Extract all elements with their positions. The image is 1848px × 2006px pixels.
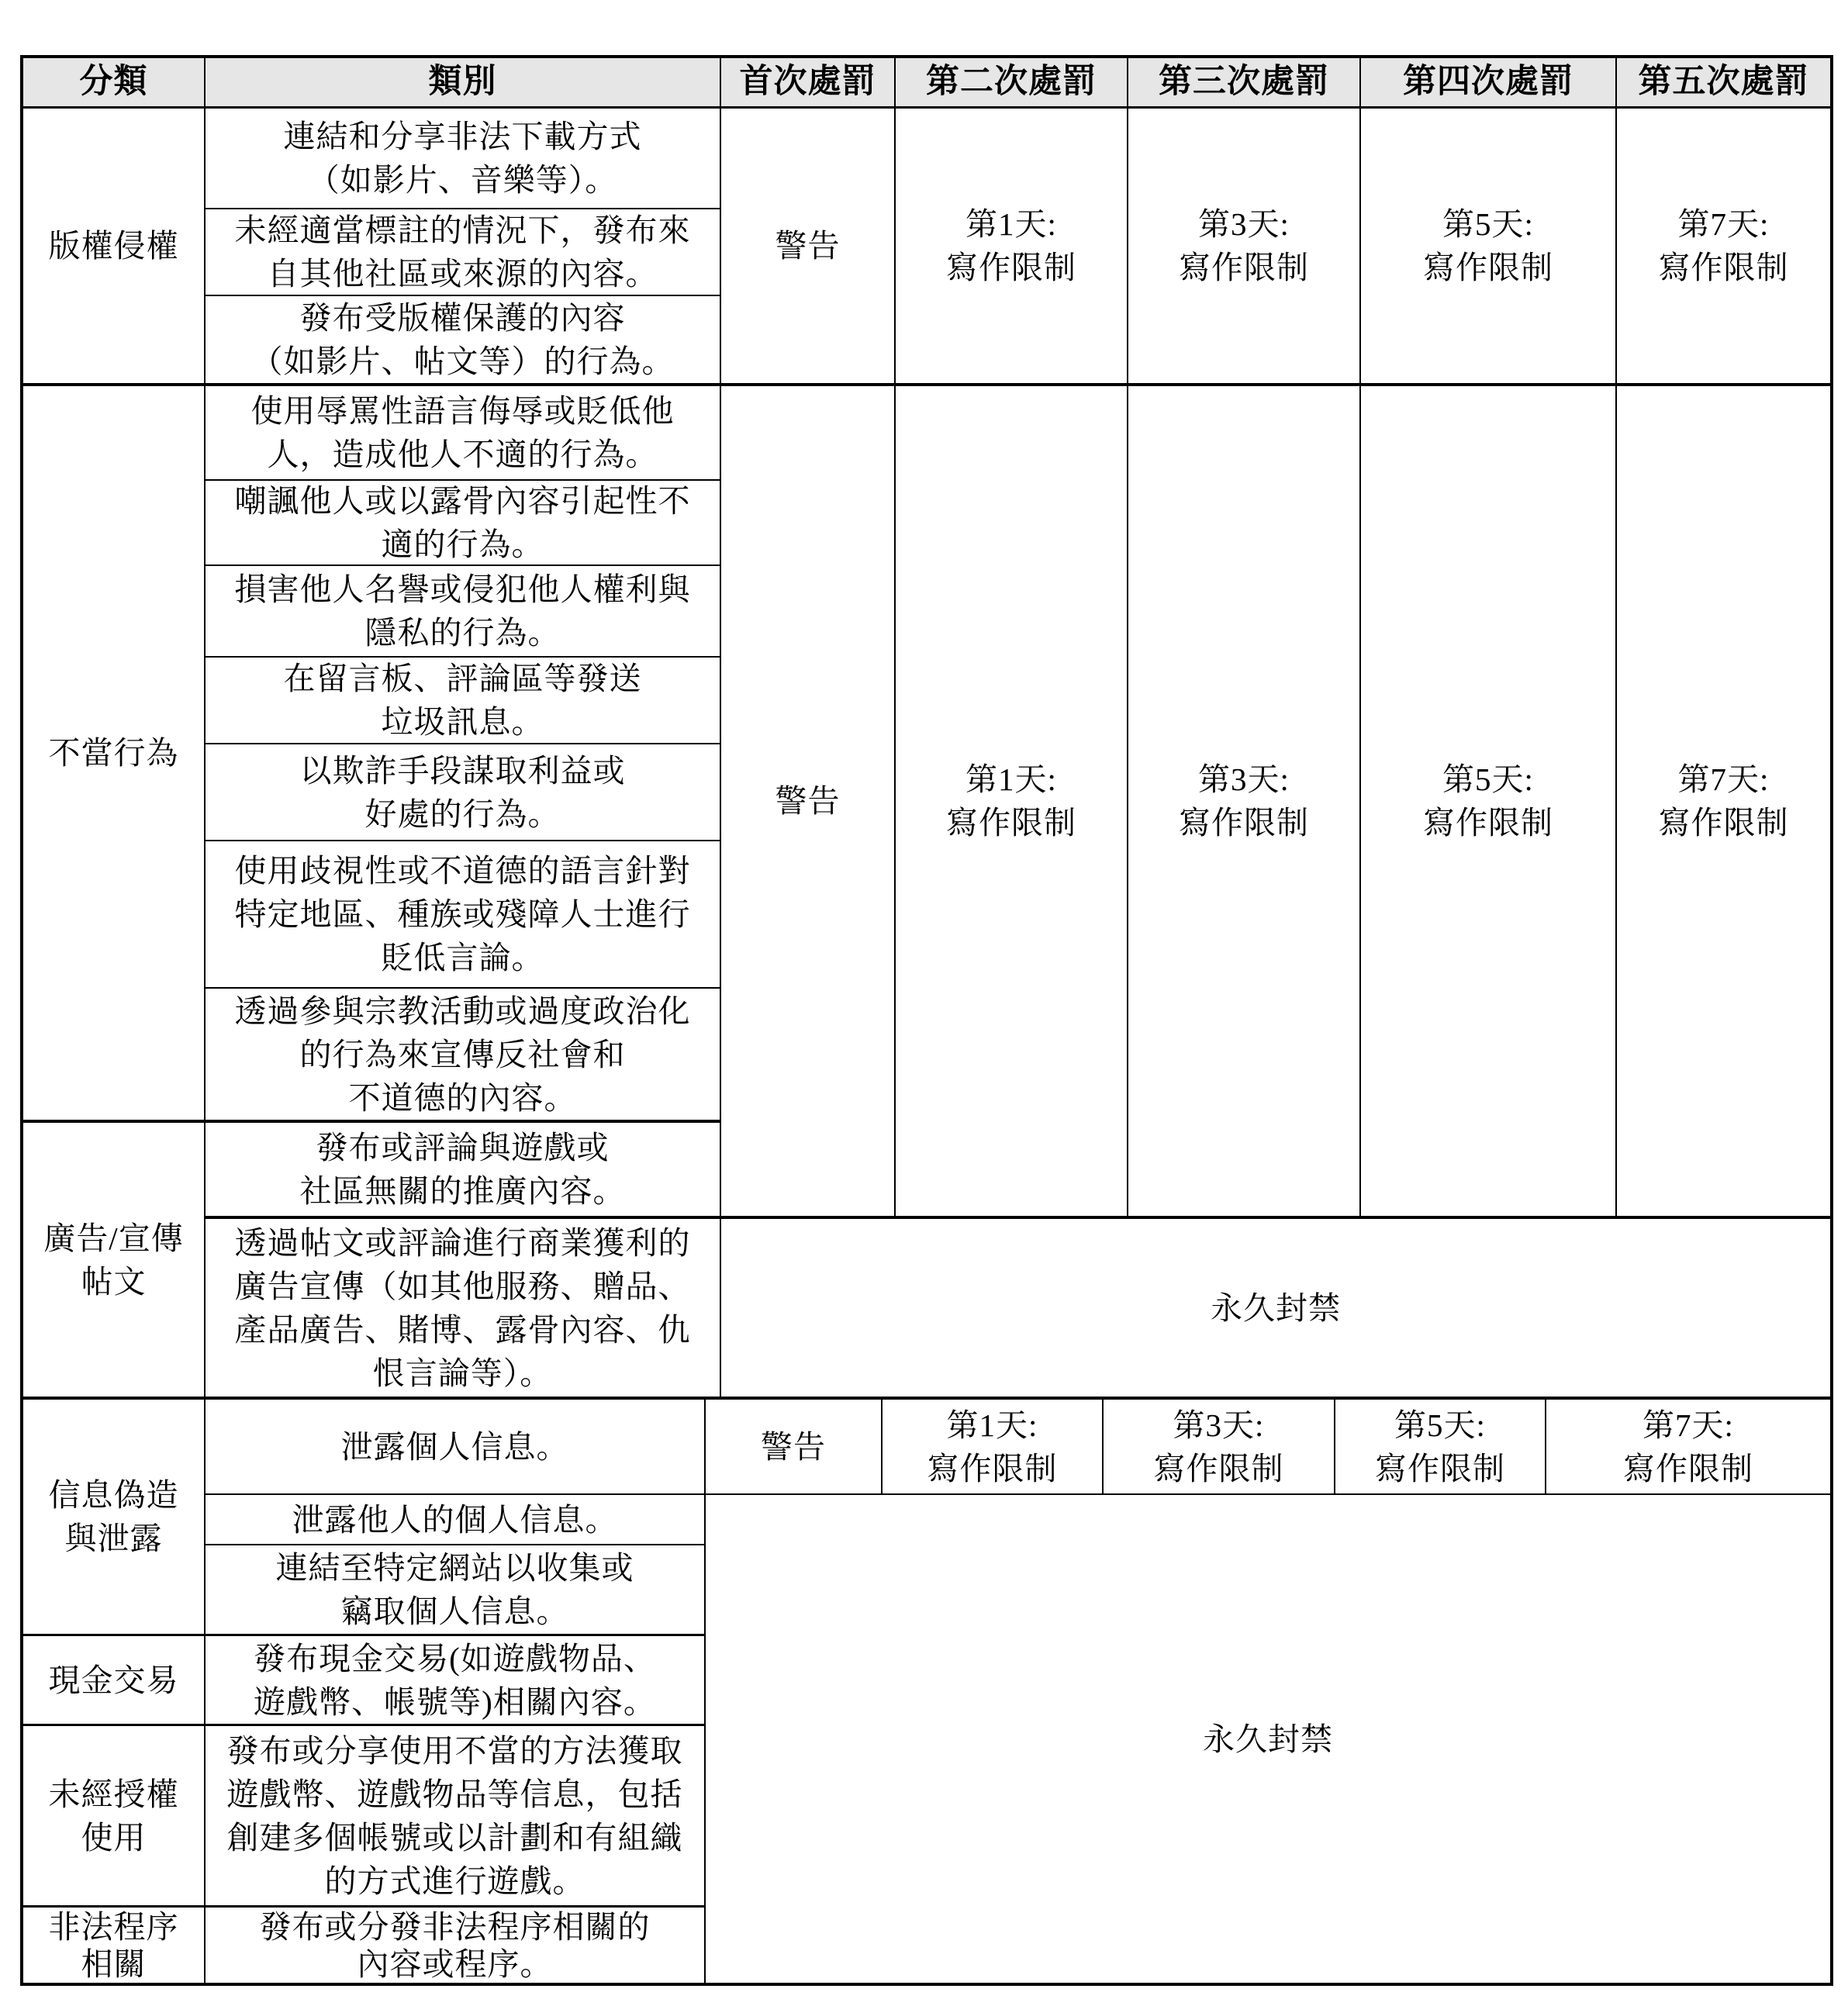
penalty-misconduct-fourth: 第5天: 寫作限制 — [1361, 386, 1617, 1219]
violation-copyright-2: 未經適當標註的情況下，發布來 自其他社區或來源的內容。 — [206, 209, 721, 296]
penalty-copyright-second: 第1天: 寫作限制 — [896, 109, 1128, 386]
category-misconduct: 不當行為 — [23, 386, 206, 1123]
violation-misconduct-4: 在留言板、評論區等發送 垃圾訊息。 — [206, 658, 721, 744]
category-unauthorized-use: 未經授權 使用 — [23, 1726, 206, 1908]
violation-misconduct-2: 嘲諷他人或以露骨內容引起性不 適的行為。 — [206, 481, 721, 566]
penalty-copyright-fourth: 第5天: 寫作限制 — [1361, 109, 1617, 386]
violation-misconduct-6: 使用歧視性或不道德的語言針對 特定地區、種族或殘障人士進行 貶低言論。 — [206, 841, 721, 989]
penalty-table: 分類 類別 首次處罰 第二次處罰 第三次處罰 第四次處罰 第五次處罰 版權侵權 … — [20, 55, 1833, 1986]
violation-info-leak-1: 泄露個人信息。 — [206, 1400, 706, 1495]
category-copyright: 版權侵權 — [23, 109, 206, 386]
penalty-info-leak-fifth: 第7天: 寫作限制 — [1546, 1400, 1830, 1495]
violation-copyright-3: 發布受版權保護的內容 （如影片、帖文等）的行為。 — [206, 296, 721, 386]
penalty-copyright-first: 警告 — [721, 109, 896, 386]
penalty-info-leak-third: 第3天: 寫作限制 — [1104, 1400, 1335, 1495]
violation-misconduct-1: 使用辱罵性語言侮辱或貶低他 人，造成他人不適的行為。 — [206, 386, 721, 481]
header-second-penalty: 第二次處罰 — [896, 58, 1128, 109]
category-ads-promo: 廣告/宣傳 帖文 — [23, 1123, 206, 1400]
penalty-copyright-fifth: 第7天: 寫作限制 — [1617, 109, 1830, 386]
penalty-info-leak-second: 第1天: 寫作限制 — [883, 1400, 1104, 1495]
penalty-info-leak-fourth: 第5天: 寫作限制 — [1335, 1400, 1546, 1495]
violation-cash-trade-1: 發布現金交易(如遊戲物品、 遊戲幣、帳號等)相關內容。 — [206, 1636, 706, 1726]
violation-ads-2: 透過帖文或評論進行商業獲利的 廣告宣傳（如其他服務、贈品、 產品廣告、賭博、露骨… — [206, 1219, 721, 1400]
penalty-misconduct-fifth: 第7天: 寫作限制 — [1617, 386, 1830, 1219]
penalty-info-leak-first: 警告 — [706, 1400, 883, 1495]
header-fourth-penalty: 第四次處罰 — [1361, 58, 1617, 109]
penalty-lower-permanent-ban: 永久封禁 — [706, 1495, 1830, 1983]
penalty-misconduct-second: 第1天: 寫作限制 — [896, 386, 1128, 1219]
category-illegal-program: 非法程序 相關 — [23, 1908, 206, 1983]
header-fifth-penalty: 第五次處罰 — [1617, 58, 1830, 109]
violation-unauthorized-1: 發布或分享使用不當的方法獲取 遊戲幣、遊戲物品等信息，包括 創建多個帳號或以計劃… — [206, 1726, 706, 1908]
header-type: 類別 — [206, 58, 721, 109]
violation-misconduct-7: 透過參與宗教活動或過度政治化 的行為來宣傳反社會和 不道德的內容。 — [206, 989, 721, 1123]
header-first-penalty: 首次處罰 — [721, 58, 896, 109]
penalty-copyright-third: 第3天: 寫作限制 — [1128, 109, 1361, 386]
violation-info-leak-2: 泄露他人的個人信息。 — [206, 1495, 706, 1545]
violation-misconduct-3: 損害他人名譽或侵犯他人權利與 隱私的行為。 — [206, 566, 721, 658]
header-third-penalty: 第三次處罰 — [1128, 58, 1361, 109]
violation-copyright-1: 連結和分享非法下載方式 （如影片、音樂等）。 — [206, 109, 721, 209]
penalty-misconduct-third: 第3天: 寫作限制 — [1128, 386, 1361, 1219]
penalty-ads-permanent-ban: 永久封禁 — [721, 1219, 1830, 1400]
category-info-leak: 信息偽造 與泄露 — [23, 1400, 206, 1636]
penalty-misconduct-first: 警告 — [721, 386, 896, 1219]
penalty-policy-page: { "header": { "category": "分類", "type": … — [0, 0, 1848, 2006]
violation-ads-1: 發布或評論與遊戲或 社區無關的推廣內容。 — [206, 1123, 721, 1219]
violation-info-leak-3: 連結至特定網站以收集或 竊取個人信息。 — [206, 1545, 706, 1636]
header-category: 分類 — [23, 58, 206, 109]
violation-illegal-program-1: 發布或分發非法程序相關的 內容或程序。 — [206, 1908, 706, 1983]
category-cash-trade: 現金交易 — [23, 1636, 206, 1726]
violation-misconduct-5: 以欺詐手段謀取利益或 好處的行為。 — [206, 744, 721, 841]
